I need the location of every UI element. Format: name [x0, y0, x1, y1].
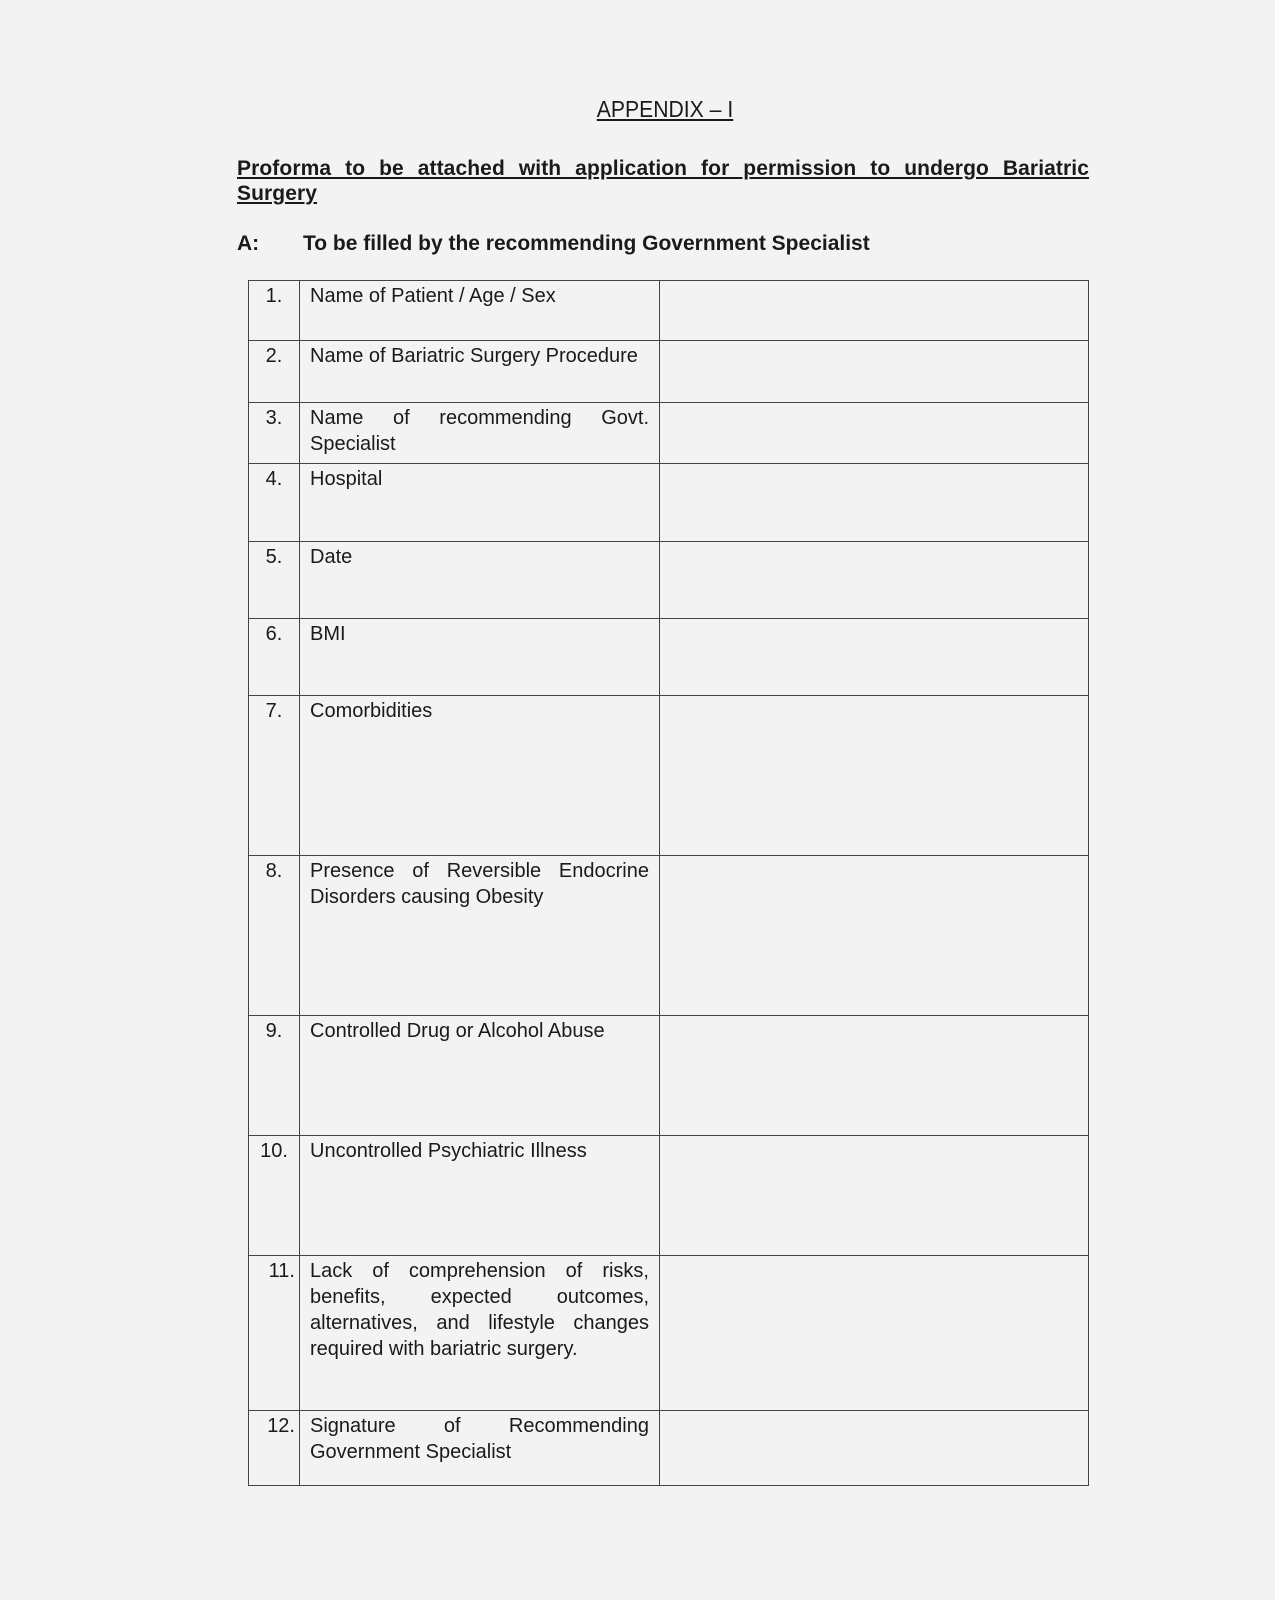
row-number: 8.: [249, 856, 300, 1016]
row-label: BMI: [300, 619, 660, 696]
row-number: 4.: [249, 464, 300, 542]
section-heading-text: To be filled by the recommending Governm…: [303, 232, 870, 255]
table-row: 9. Controlled Drug or Alcohol Abuse: [249, 1016, 1089, 1136]
endocrine-disorders-field[interactable]: [660, 856, 1089, 1016]
patient-name-age-sex-field[interactable]: [660, 281, 1089, 341]
appendix-title: APPENDIX – I: [53, 96, 1275, 123]
table-row: 6. BMI: [249, 619, 1089, 696]
specialist-name-field[interactable]: [660, 403, 1089, 464]
row-label: Comorbidities: [300, 696, 660, 856]
table-row: 11. Lack of comprehension of risks, bene…: [249, 1256, 1089, 1411]
row-number: 12.: [249, 1411, 300, 1486]
row-label: Hospital: [300, 464, 660, 542]
table-row: 3. Name of recommending Govt. Specialist: [249, 403, 1089, 464]
table-row: 8. Presence of Reversible Endocrine Diso…: [249, 856, 1089, 1016]
row-number: 9.: [249, 1016, 300, 1136]
row-label: Name of recommending Govt. Specialist: [300, 403, 660, 464]
proforma-table: 1. Name of Patient / Age / Sex 2. Name o…: [248, 280, 1089, 1486]
row-label: Date: [300, 542, 660, 619]
row-number: 5.: [249, 542, 300, 619]
row-number: 1.: [249, 281, 300, 341]
row-label: Lack of comprehension of risks, benefits…: [300, 1256, 660, 1411]
hospital-field[interactable]: [660, 464, 1089, 542]
table-row: 2. Name of Bariatric Surgery Procedure: [249, 341, 1089, 403]
procedure-name-field[interactable]: [660, 341, 1089, 403]
proforma-subtitle: Proforma to be attached with application…: [237, 156, 1089, 206]
table-row: 12. Signature of Recommending Government…: [249, 1411, 1089, 1486]
comprehension-field[interactable]: [660, 1256, 1089, 1411]
row-label: Name of Patient / Age / Sex: [300, 281, 660, 341]
row-label: Name of Bariatric Surgery Procedure: [300, 341, 660, 403]
row-number: 2.: [249, 341, 300, 403]
psychiatric-illness-field[interactable]: [660, 1136, 1089, 1256]
comorbidities-field[interactable]: [660, 696, 1089, 856]
section-letter: A:: [237, 232, 303, 256]
row-label: Presence of Reversible Endocrine Disorde…: [300, 856, 660, 1016]
row-number: 10.: [249, 1136, 300, 1256]
date-field[interactable]: [660, 542, 1089, 619]
row-label: Signature of Recommending Government Spe…: [300, 1411, 660, 1486]
row-label: Controlled Drug or Alcohol Abuse: [300, 1016, 660, 1136]
row-number: 7.: [249, 696, 300, 856]
signature-field[interactable]: [660, 1411, 1089, 1486]
table-row: 10. Uncontrolled Psychiatric Illness: [249, 1136, 1089, 1256]
table-row: 5. Date: [249, 542, 1089, 619]
row-number: 11.: [249, 1256, 300, 1411]
table-row: 1. Name of Patient / Age / Sex: [249, 281, 1089, 341]
table-row: 7. Comorbidities: [249, 696, 1089, 856]
row-number: 3.: [249, 403, 300, 464]
bmi-field[interactable]: [660, 619, 1089, 696]
row-number: 6.: [249, 619, 300, 696]
drug-alcohol-abuse-field[interactable]: [660, 1016, 1089, 1136]
row-label: Uncontrolled Psychiatric Illness: [300, 1136, 660, 1256]
section-a-heading: A:To be filled by the recommending Gover…: [237, 232, 870, 256]
table-row: 4. Hospital: [249, 464, 1089, 542]
